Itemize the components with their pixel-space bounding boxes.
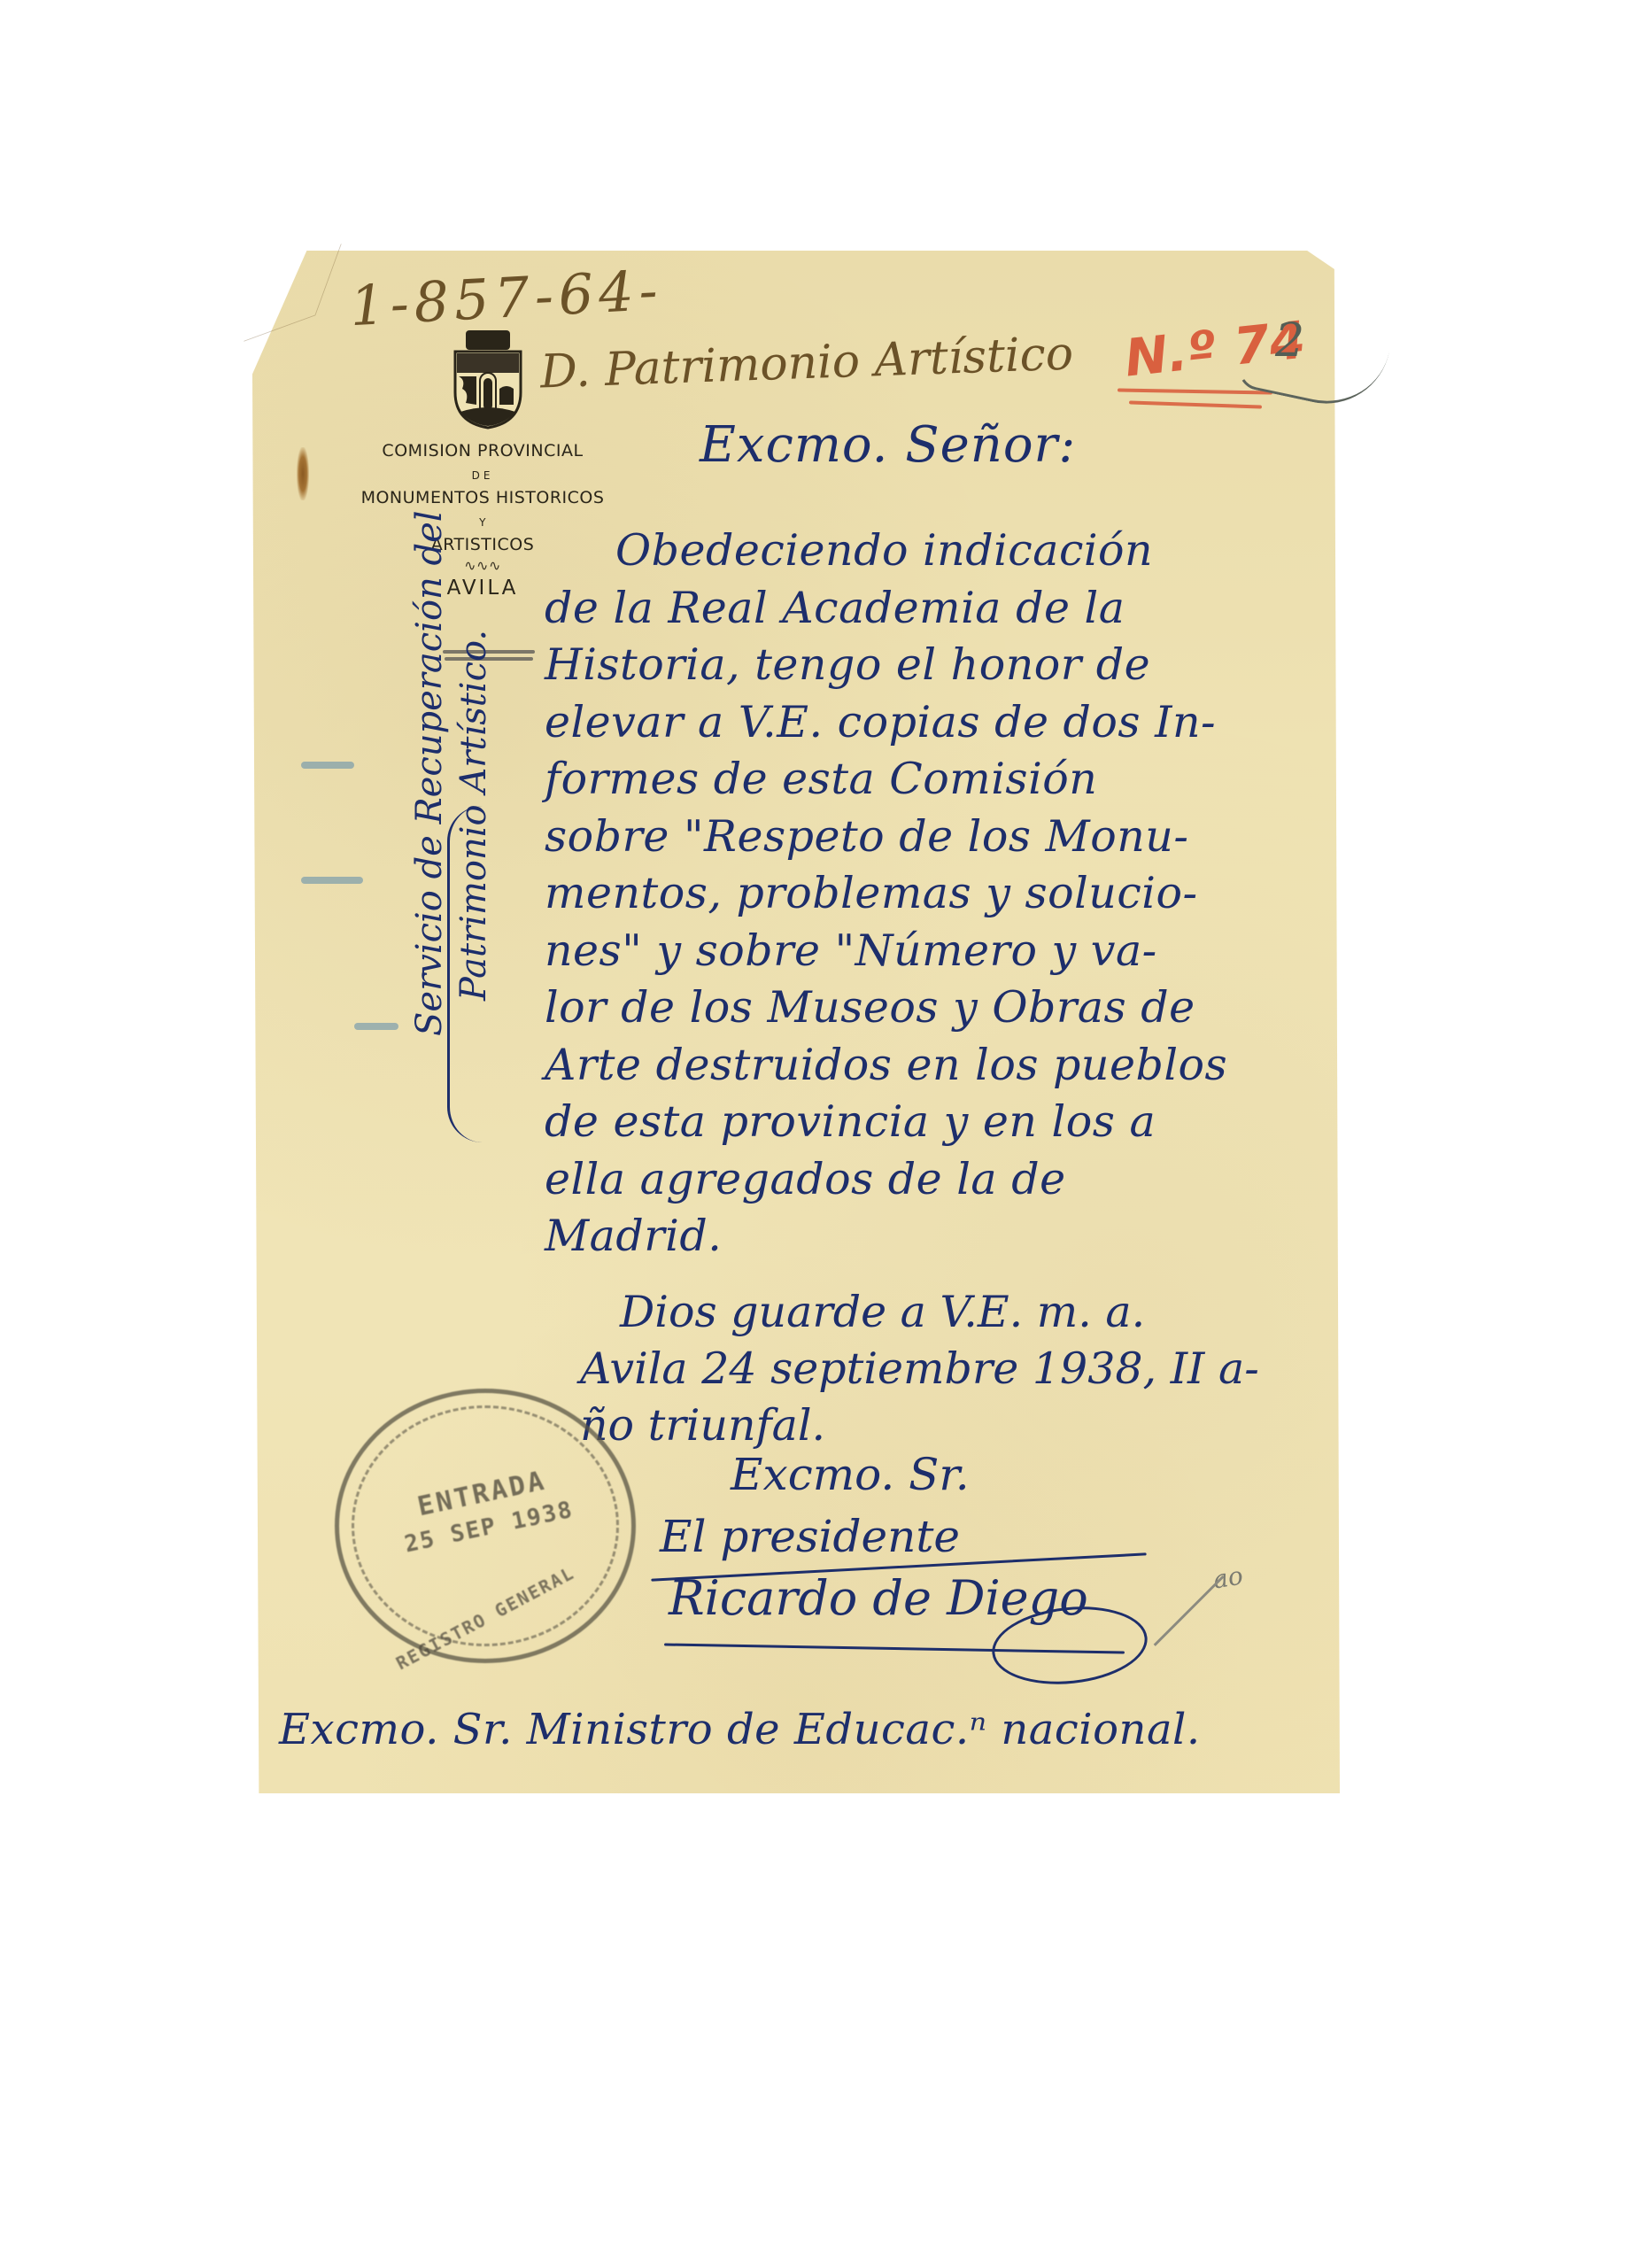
margin-bracket [447,806,485,1142]
salutation: Excmo. Señor: [700,416,1076,474]
ink-smudge [301,877,363,884]
body-line: elevar a V.E. copias de dos In- [545,694,1227,752]
letterhead-line: MONUMENTOS HISTORICOS [323,490,642,507]
staple-rust-mark [297,447,309,500]
signatory-title: El presidente [660,1506,1088,1567]
coat-of-arms-icon [452,330,524,430]
body-line: formes de esta Comisión [545,751,1227,809]
closing-line: Avila 24 septiembre 1938, II a- [580,1341,1259,1397]
body-line: lor de los Museos y Obras de [545,979,1227,1037]
letterhead-line: COMISION PROVINCIAL [323,443,642,460]
ink-smudge [301,762,354,769]
body-line: Historia, tengo el honor de [545,637,1227,694]
ink-smudge [354,1023,398,1030]
body-line: de esta provincia y en los a [545,1094,1227,1151]
margin-note-line: Servicio de Recuperación del [407,510,452,1036]
letterhead-line: DE [323,470,642,481]
letter-body: Obedeciendo indicación de la Real Academ… [545,522,1227,1266]
body-line: Obedeciendo indicación [545,522,1227,580]
body-line: nes" y sobre "Número y va- [545,923,1227,980]
body-line: mentos, problemas y solucio- [545,865,1227,923]
closing-line: Dios guarde a V.E. m. a. [580,1284,1259,1341]
pencil-note: ao [1210,1560,1245,1594]
body-line: sobre "Respeto de los Monu- [545,809,1227,866]
registry-stamp: ENTRADA 25 SEP 1938 REGISTRO GENERAL [335,1389,636,1663]
addressee: Excmo. Sr. Ministro de Educac.ⁿ nacional… [279,1705,1201,1754]
signature-block: Excmo. Sr. El presidente Ricardo de Dieg… [660,1444,1088,1629]
body-line: de la Real Academia de la [545,580,1227,638]
body-line: ella agregados de la de [545,1151,1227,1209]
letter-closing: Dios guarde a V.E. m. a. Avila 24 septie… [580,1284,1259,1454]
sign-off: Excmo. Sr. [660,1444,1088,1506]
body-line: Arte destruidos en los pueblos [545,1037,1227,1095]
body-line: Madrid. [545,1208,1227,1266]
